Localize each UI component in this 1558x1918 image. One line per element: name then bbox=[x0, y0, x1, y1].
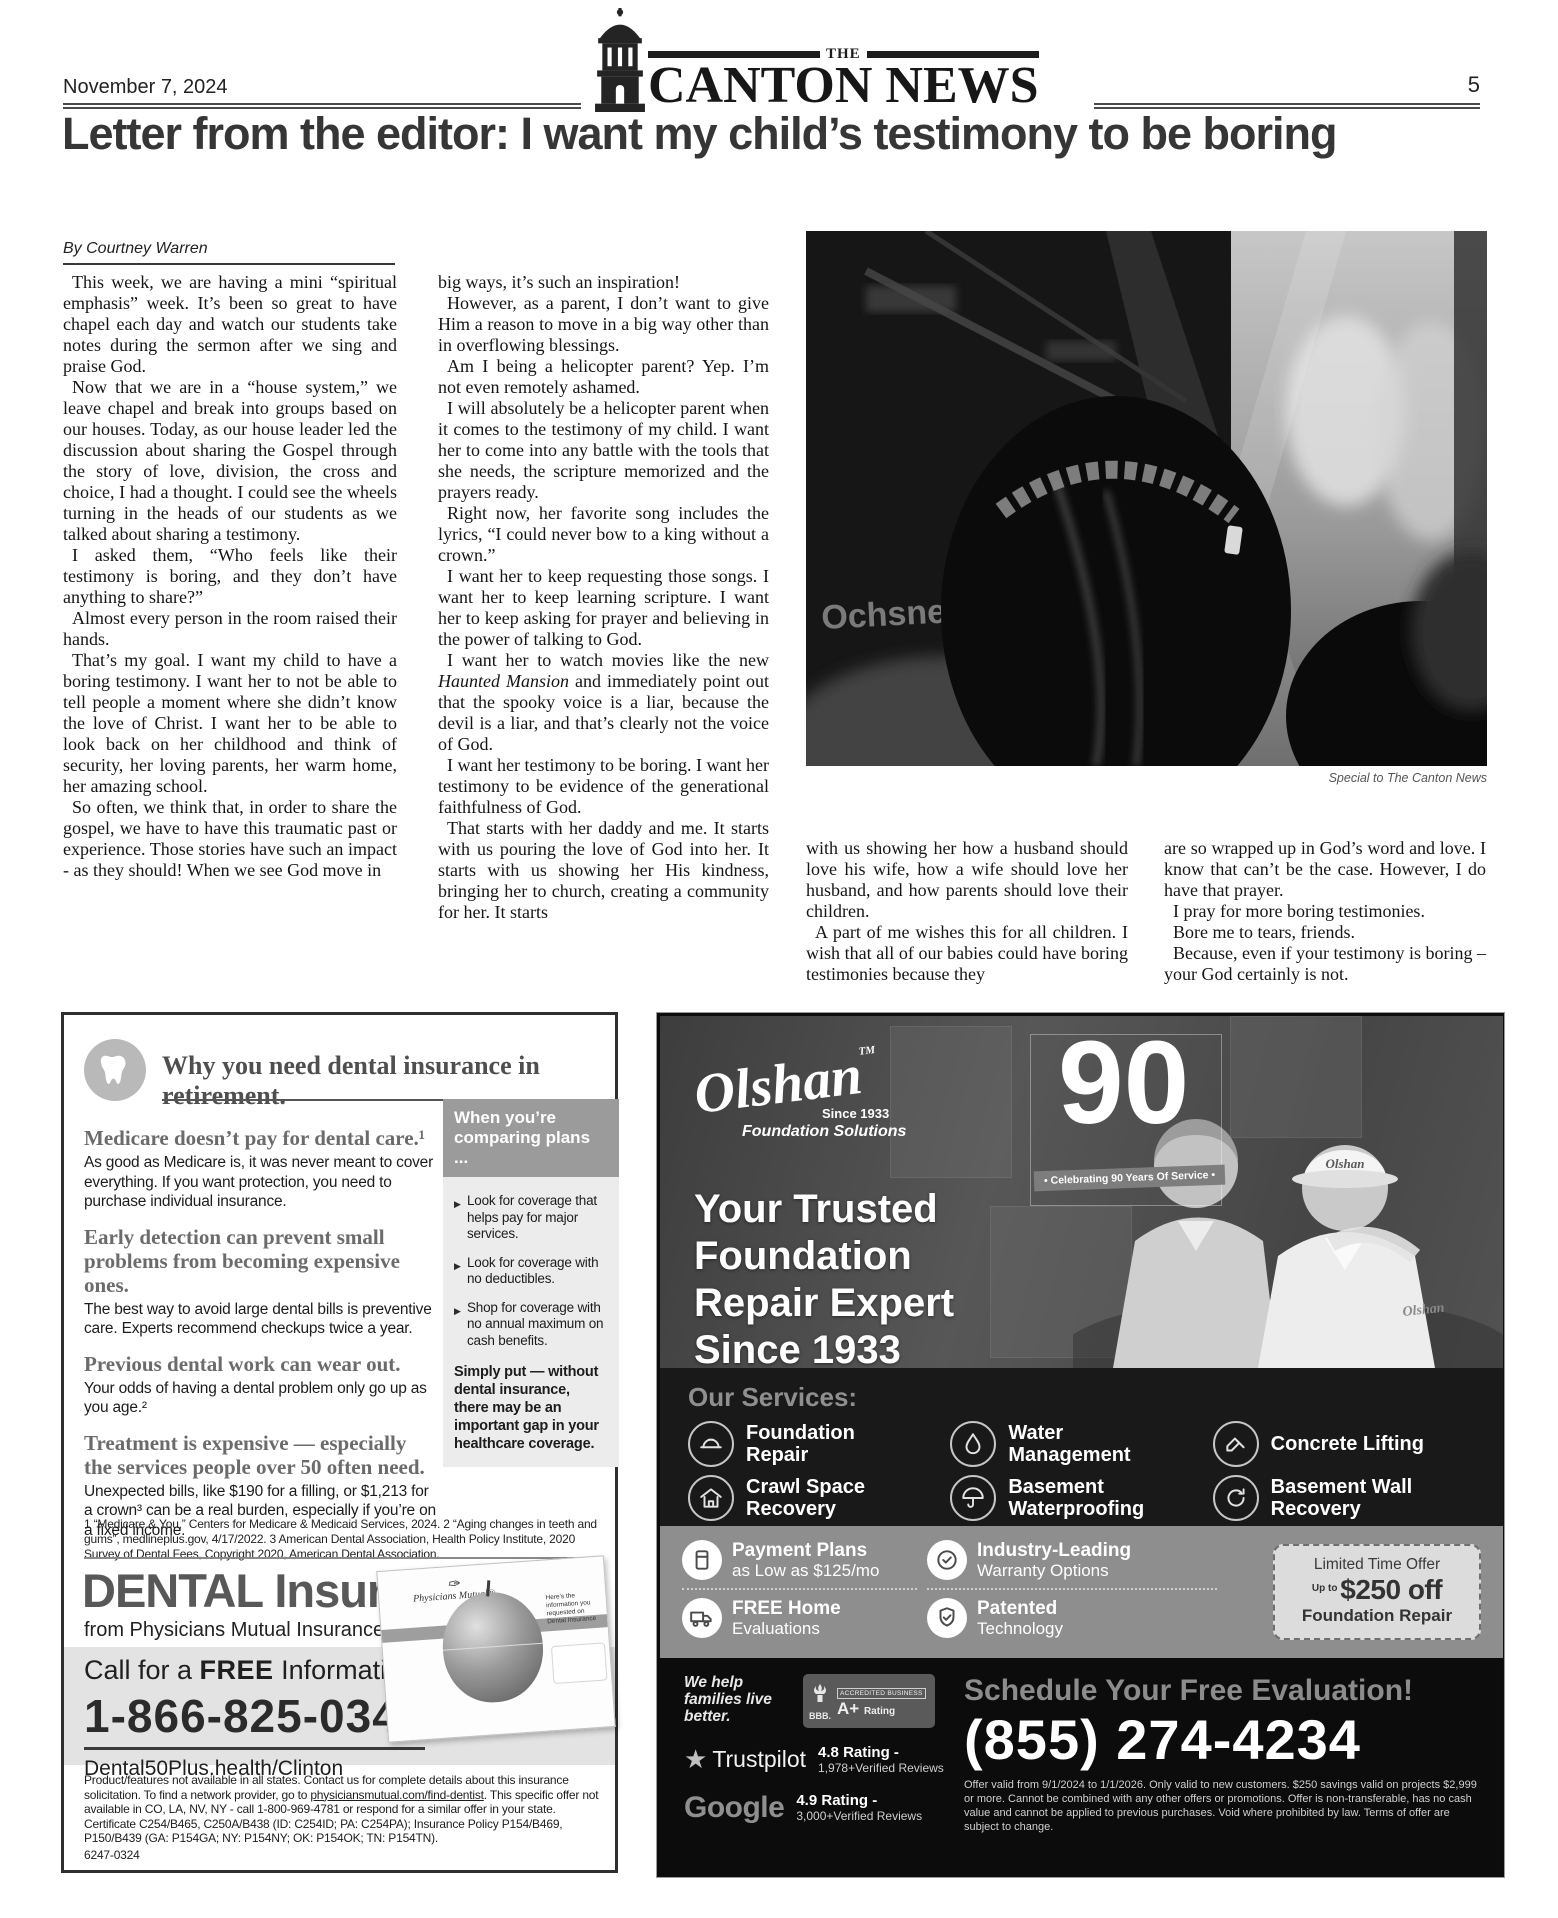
trustpilot-star-icon: ★ bbox=[684, 1744, 707, 1775]
rating-scores: 4.9 Rating -3,000+Verified Reviews bbox=[796, 1793, 922, 1823]
feature-item: PatentedTechnology bbox=[927, 1596, 1217, 1646]
info-kit-postcard: ✑Physicians Mutual® Here’s the informati… bbox=[376, 1555, 615, 1742]
feature-line1: Industry-Leading bbox=[977, 1541, 1131, 1561]
brand-name: Trustpilot bbox=[712, 1746, 806, 1773]
article-paragraph: I will absolutely be a helicopter parent… bbox=[438, 398, 769, 503]
feature-item: Payment Plansas Low as $125/mo bbox=[682, 1538, 917, 1590]
header-rule-left bbox=[63, 103, 581, 107]
dental-fine-print: Product/features not available in all st… bbox=[84, 1773, 606, 1862]
compare-bullet: ▶Look for coverage that helps pay for ma… bbox=[454, 1193, 608, 1243]
article-paragraph: A part of me wishes this for all childre… bbox=[806, 922, 1128, 985]
olshan-motto: We help families live better. bbox=[684, 1674, 789, 1725]
article-paragraph: I want her to keep requesting those song… bbox=[438, 566, 769, 650]
hero-title-line: Your Trusted bbox=[694, 1186, 954, 1233]
feature-line1: Payment Plans bbox=[732, 1541, 879, 1561]
article-paragraph: However, as a parent, I don’t want to gi… bbox=[438, 293, 769, 356]
article-paragraph: I asked them, “Who feels like their test… bbox=[63, 545, 397, 608]
feature-label: PatentedTechnology bbox=[977, 1599, 1063, 1638]
article-paragraph: I want her testimony to be boring. I wan… bbox=[438, 755, 769, 818]
service-item: Water Management bbox=[950, 1421, 1212, 1467]
service-item: Basement Waterproofing bbox=[950, 1475, 1212, 1521]
postcard-address-area bbox=[551, 1642, 608, 1684]
rating-scores: 4.8 Rating -1,978+Verified Reviews bbox=[818, 1745, 944, 1775]
feature-item: FREE HomeEvaluations bbox=[682, 1596, 917, 1646]
dental-divider bbox=[84, 1557, 602, 1559]
article-paragraph: Right now, her favorite song includes th… bbox=[438, 503, 769, 566]
olshan-phone-number: (855) 274-4234 bbox=[964, 1708, 1479, 1772]
coupon-amount-row: Up to $250 off bbox=[1275, 1574, 1479, 1606]
fine-print-link: physiciansmutual.com/find-dentist bbox=[310, 1788, 483, 1802]
service-item: Basement Wall Recovery bbox=[1213, 1475, 1475, 1521]
dental-insurance-ad: Why you need dental insurance in retirem… bbox=[61, 1012, 618, 1873]
bbb-torch: BBB. bbox=[809, 1683, 831, 1720]
article-paragraph: Am I being a helicopter parent? Yep. I’m… bbox=[438, 356, 769, 398]
umbrella-icon bbox=[950, 1475, 996, 1521]
article-paragraph: So often, we think that, in order to sha… bbox=[63, 797, 397, 881]
ratings-list: ★Trustpilot4.8 Rating -1,978+Verified Re… bbox=[684, 1744, 946, 1825]
discount-coupon: Limited Time Offer Up to $250 off Founda… bbox=[1273, 1544, 1481, 1640]
article-paragraph: are so wrapped up in God’s word and love… bbox=[1164, 838, 1486, 901]
bullet-arrow-icon: ▶ bbox=[454, 1300, 467, 1350]
dental-section-heading: Treatment is expensive — especially the … bbox=[84, 1431, 436, 1479]
service-label: Basement Wall Recovery bbox=[1271, 1476, 1431, 1520]
cupola-icon bbox=[588, 8, 652, 112]
masthead: THE CANTON NEWS bbox=[588, 6, 1088, 112]
masthead-text: THE CANTON NEWS bbox=[648, 46, 1039, 112]
article-paragraph: I pray for more boring testimonies. bbox=[1164, 901, 1486, 922]
hard-hat-icon bbox=[688, 1421, 734, 1467]
compare-box-body: ▶Look for coverage that helps pay for ma… bbox=[443, 1177, 619, 1453]
fine-print-code: 6247-0324 bbox=[84, 1848, 606, 1863]
dental-footnotes: 1 “Medicare & You,” Centers for Medicare… bbox=[84, 1517, 606, 1562]
tooth-badge bbox=[84, 1039, 146, 1101]
bullet-text: Look for coverage that helps pay for maj… bbox=[467, 1193, 608, 1243]
dental-section-body: The best way to avoid large dental bills… bbox=[84, 1300, 436, 1339]
olshan-since: Since 1933 bbox=[822, 1106, 1024, 1121]
service-label: Crawl Space Recovery bbox=[746, 1476, 906, 1520]
google-brand: Google bbox=[684, 1791, 784, 1825]
article-photo: Ochsner bbox=[806, 231, 1487, 766]
warranty-badge-icon bbox=[927, 1540, 967, 1580]
compare-bullet: ▶Shop for coverage with no annual maximu… bbox=[454, 1300, 608, 1350]
hero-title-line: Since 1933 bbox=[694, 1327, 954, 1368]
postcard-note: Here’s the information you requested on … bbox=[545, 1591, 603, 1627]
svg-text:Ochsner: Ochsner bbox=[820, 592, 960, 637]
page-number: 5 bbox=[1400, 72, 1480, 98]
bbb-rating: A+ bbox=[837, 1699, 859, 1718]
olshan-services-section: Our Services: Foundation RepairWater Man… bbox=[660, 1368, 1503, 1526]
article-col-3: with us showing her how a husband should… bbox=[806, 838, 1128, 985]
article-paragraph: Bore me to tears, friends. bbox=[1164, 922, 1486, 943]
article-paragraph: big ways, it’s such an inspiration! bbox=[438, 272, 769, 293]
svg-text:Olshan: Olshan bbox=[1325, 1156, 1364, 1171]
cta-prefix: Call for a bbox=[84, 1655, 200, 1685]
hero-title-line: Foundation bbox=[694, 1233, 954, 1280]
dental-phone-number: 1-866-825-0344 bbox=[84, 1689, 425, 1750]
feature-line1: FREE Home bbox=[732, 1599, 841, 1619]
feature-item: Industry-LeadingWarranty Options bbox=[927, 1538, 1217, 1590]
feature-line2: Evaluations bbox=[732, 1619, 841, 1638]
hero-title-line: Repair Expert bbox=[694, 1280, 954, 1327]
header-rule-right bbox=[1094, 103, 1480, 107]
olshan-logo: OlshanTM Since 1933 Foundation Solutions bbox=[694, 1056, 1024, 1141]
ninety-years-number: 90 bbox=[1058, 1024, 1189, 1142]
bullet-arrow-icon: ▶ bbox=[454, 1255, 467, 1288]
olshan-hero-title: Your TrustedFoundationRepair ExpertSince… bbox=[694, 1186, 954, 1368]
crawl-space-house-icon bbox=[688, 1475, 734, 1521]
olshan-tagline: Foundation Solutions bbox=[742, 1123, 1024, 1141]
bbb-accredited-label: ACCREDITED BUSINESS bbox=[837, 1688, 926, 1699]
feature-label: Payment Plansas Low as $125/mo bbox=[732, 1541, 879, 1580]
article-col-4: are so wrapped up in God’s word and love… bbox=[1164, 838, 1486, 985]
services-grid: Foundation RepairWater ManagementConcret… bbox=[688, 1421, 1475, 1521]
olshan-bottom-section: We help families live better. BBB. ACCRE… bbox=[660, 1658, 1503, 1876]
feature-label: FREE HomeEvaluations bbox=[732, 1599, 841, 1638]
dental-section-heading: Previous dental work can wear out. bbox=[84, 1352, 436, 1376]
article-paragraph: Now that we are in a “house system,” we … bbox=[63, 377, 397, 545]
truck-icon bbox=[682, 1598, 722, 1638]
bbb-rating-word: Rating bbox=[864, 1706, 895, 1717]
feature-line2: Warranty Options bbox=[977, 1561, 1131, 1580]
coupon-amount: $250 off bbox=[1340, 1574, 1442, 1605]
article-paragraph: This week, we are having a mini “spiritu… bbox=[63, 272, 397, 377]
article-col-2: big ways, it’s such an inspiration!Howev… bbox=[438, 272, 769, 923]
coupon-line1: Limited Time Offer bbox=[1275, 1556, 1479, 1574]
masthead-title: CANTON NEWS bbox=[648, 61, 1039, 110]
shield-check-icon bbox=[927, 1598, 967, 1638]
service-label: Basement Waterproofing bbox=[1008, 1476, 1168, 1520]
trowel-icon bbox=[1213, 1421, 1259, 1467]
schedule-heading: Schedule Your Free Evaluation! bbox=[964, 1674, 1479, 1708]
compare-box-summary: Simply put — without dental insurance, t… bbox=[454, 1363, 608, 1453]
olshan-hero: Olshan Olshan OlshanTM Since 1933 Founda… bbox=[660, 1016, 1503, 1368]
service-item: Foundation Repair bbox=[688, 1421, 950, 1467]
olshan-features-section: Payment Plansas Low as $125/moIndustry-L… bbox=[660, 1526, 1503, 1658]
circular-arrows-icon bbox=[1213, 1475, 1259, 1521]
concert-photo-illustration: Ochsner bbox=[806, 231, 1487, 766]
feature-line2: as Low as $125/mo bbox=[732, 1561, 879, 1580]
bbb-torch-icon bbox=[811, 1683, 829, 1707]
olshan-foundation-ad: Olshan Olshan OlshanTM Since 1933 Founda… bbox=[656, 1012, 1505, 1878]
photo-caption: Special to The Canton News bbox=[806, 771, 1487, 785]
article-paragraph: I want her to watch movies like the new … bbox=[438, 650, 769, 755]
issue-date: November 7, 2024 bbox=[63, 76, 228, 99]
article-paragraph: Almost every person in the room raised t… bbox=[63, 608, 397, 650]
newspaper-page: November 7, 2024 5 THE bbox=[0, 0, 1558, 1918]
dental-section-body: Your odds of having a dental problem onl… bbox=[84, 1379, 436, 1418]
service-label: Concrete Lifting bbox=[1271, 1433, 1431, 1455]
offer-disclaimer: Offer valid from 9/1/2024 to 1/1/2026. O… bbox=[964, 1778, 1479, 1834]
article-byline: By Courtney Warren bbox=[63, 240, 208, 258]
service-item: Crawl Space Recovery bbox=[688, 1475, 950, 1521]
service-label: Foundation Repair bbox=[746, 1422, 906, 1466]
olshan-contact: Schedule Your Free Evaluation! (855) 274… bbox=[946, 1674, 1479, 1860]
bullet-arrow-icon: ▶ bbox=[454, 1193, 467, 1243]
article-paragraph: That’s my goal. I want my child to have … bbox=[63, 650, 397, 797]
dental-section-body: As good as Medicare is, it was never mea… bbox=[84, 1153, 436, 1212]
tooth-icon bbox=[98, 1053, 132, 1087]
dental-section-heading: Early detection can prevent small proble… bbox=[84, 1225, 436, 1297]
cta-free: FREE bbox=[200, 1655, 274, 1685]
feature-label: Industry-LeadingWarranty Options bbox=[977, 1541, 1131, 1580]
bullet-text: Shop for coverage with no annual maximum… bbox=[467, 1300, 608, 1350]
coupon-line3: Foundation Repair bbox=[1275, 1606, 1479, 1626]
compare-box-bullets: ▶Look for coverage that helps pay for ma… bbox=[454, 1193, 608, 1349]
olshan-credentials: We help families live better. BBB. ACCRE… bbox=[684, 1674, 946, 1860]
rating-row: ★Trustpilot4.8 Rating -1,978+Verified Re… bbox=[684, 1744, 946, 1775]
feature-line2: Technology bbox=[977, 1619, 1063, 1638]
byline-rule bbox=[63, 263, 395, 265]
trustpilot-brand: ★Trustpilot bbox=[684, 1744, 806, 1775]
compare-bullet: ▶Look for coverage with no deductibles. bbox=[454, 1255, 608, 1288]
features-grid: Payment Plansas Low as $125/moIndustry-L… bbox=[682, 1538, 1217, 1646]
dental-compare-box: When you’re comparing plans ... ▶Look fo… bbox=[443, 1099, 619, 1467]
dental-section-heading: Medicare doesn’t pay for dental care.¹ bbox=[84, 1126, 436, 1150]
rating-score: 4.8 Rating - bbox=[818, 1745, 944, 1761]
article-paragraph: Because, even if your testimony is borin… bbox=[1164, 943, 1486, 985]
compare-box-title: When you’re comparing plans ... bbox=[443, 1099, 619, 1177]
service-label: Water Management bbox=[1008, 1422, 1168, 1466]
coupon-upto: Up to bbox=[1312, 1583, 1340, 1594]
bullet-text: Look for coverage with no deductibles. bbox=[467, 1255, 608, 1288]
article-paragraph: That starts with her daddy and me. It st… bbox=[438, 818, 769, 923]
water-drop-icon bbox=[950, 1421, 996, 1467]
rating-row: Google4.9 Rating -3,000+Verified Reviews bbox=[684, 1791, 946, 1825]
rating-reviews: 1,978+Verified Reviews bbox=[818, 1761, 944, 1775]
dental-ad-sections: Medicare doesn’t pay for dental care.¹As… bbox=[84, 1113, 436, 1540]
service-item: Concrete Lifting bbox=[1213, 1421, 1475, 1467]
feature-line1: Patented bbox=[977, 1599, 1063, 1619]
bbb-abbr: BBB. bbox=[809, 1712, 831, 1720]
services-title: Our Services: bbox=[688, 1382, 1475, 1413]
article-paragraph: with us showing her how a husband should… bbox=[806, 838, 1128, 922]
rating-score: 4.9 Rating - bbox=[796, 1793, 922, 1809]
article-headline: Letter from the editor: I want my child’… bbox=[62, 108, 1487, 160]
rating-reviews: 3,000+Verified Reviews bbox=[796, 1809, 922, 1823]
credit-card-icon bbox=[682, 1540, 722, 1580]
trademark-symbol: TM bbox=[858, 1044, 876, 1058]
bbb-badge: BBB. ACCREDITED BUSINESS A+ Rating bbox=[803, 1674, 935, 1728]
article-col-1: This week, we are having a mini “spiritu… bbox=[63, 272, 397, 881]
